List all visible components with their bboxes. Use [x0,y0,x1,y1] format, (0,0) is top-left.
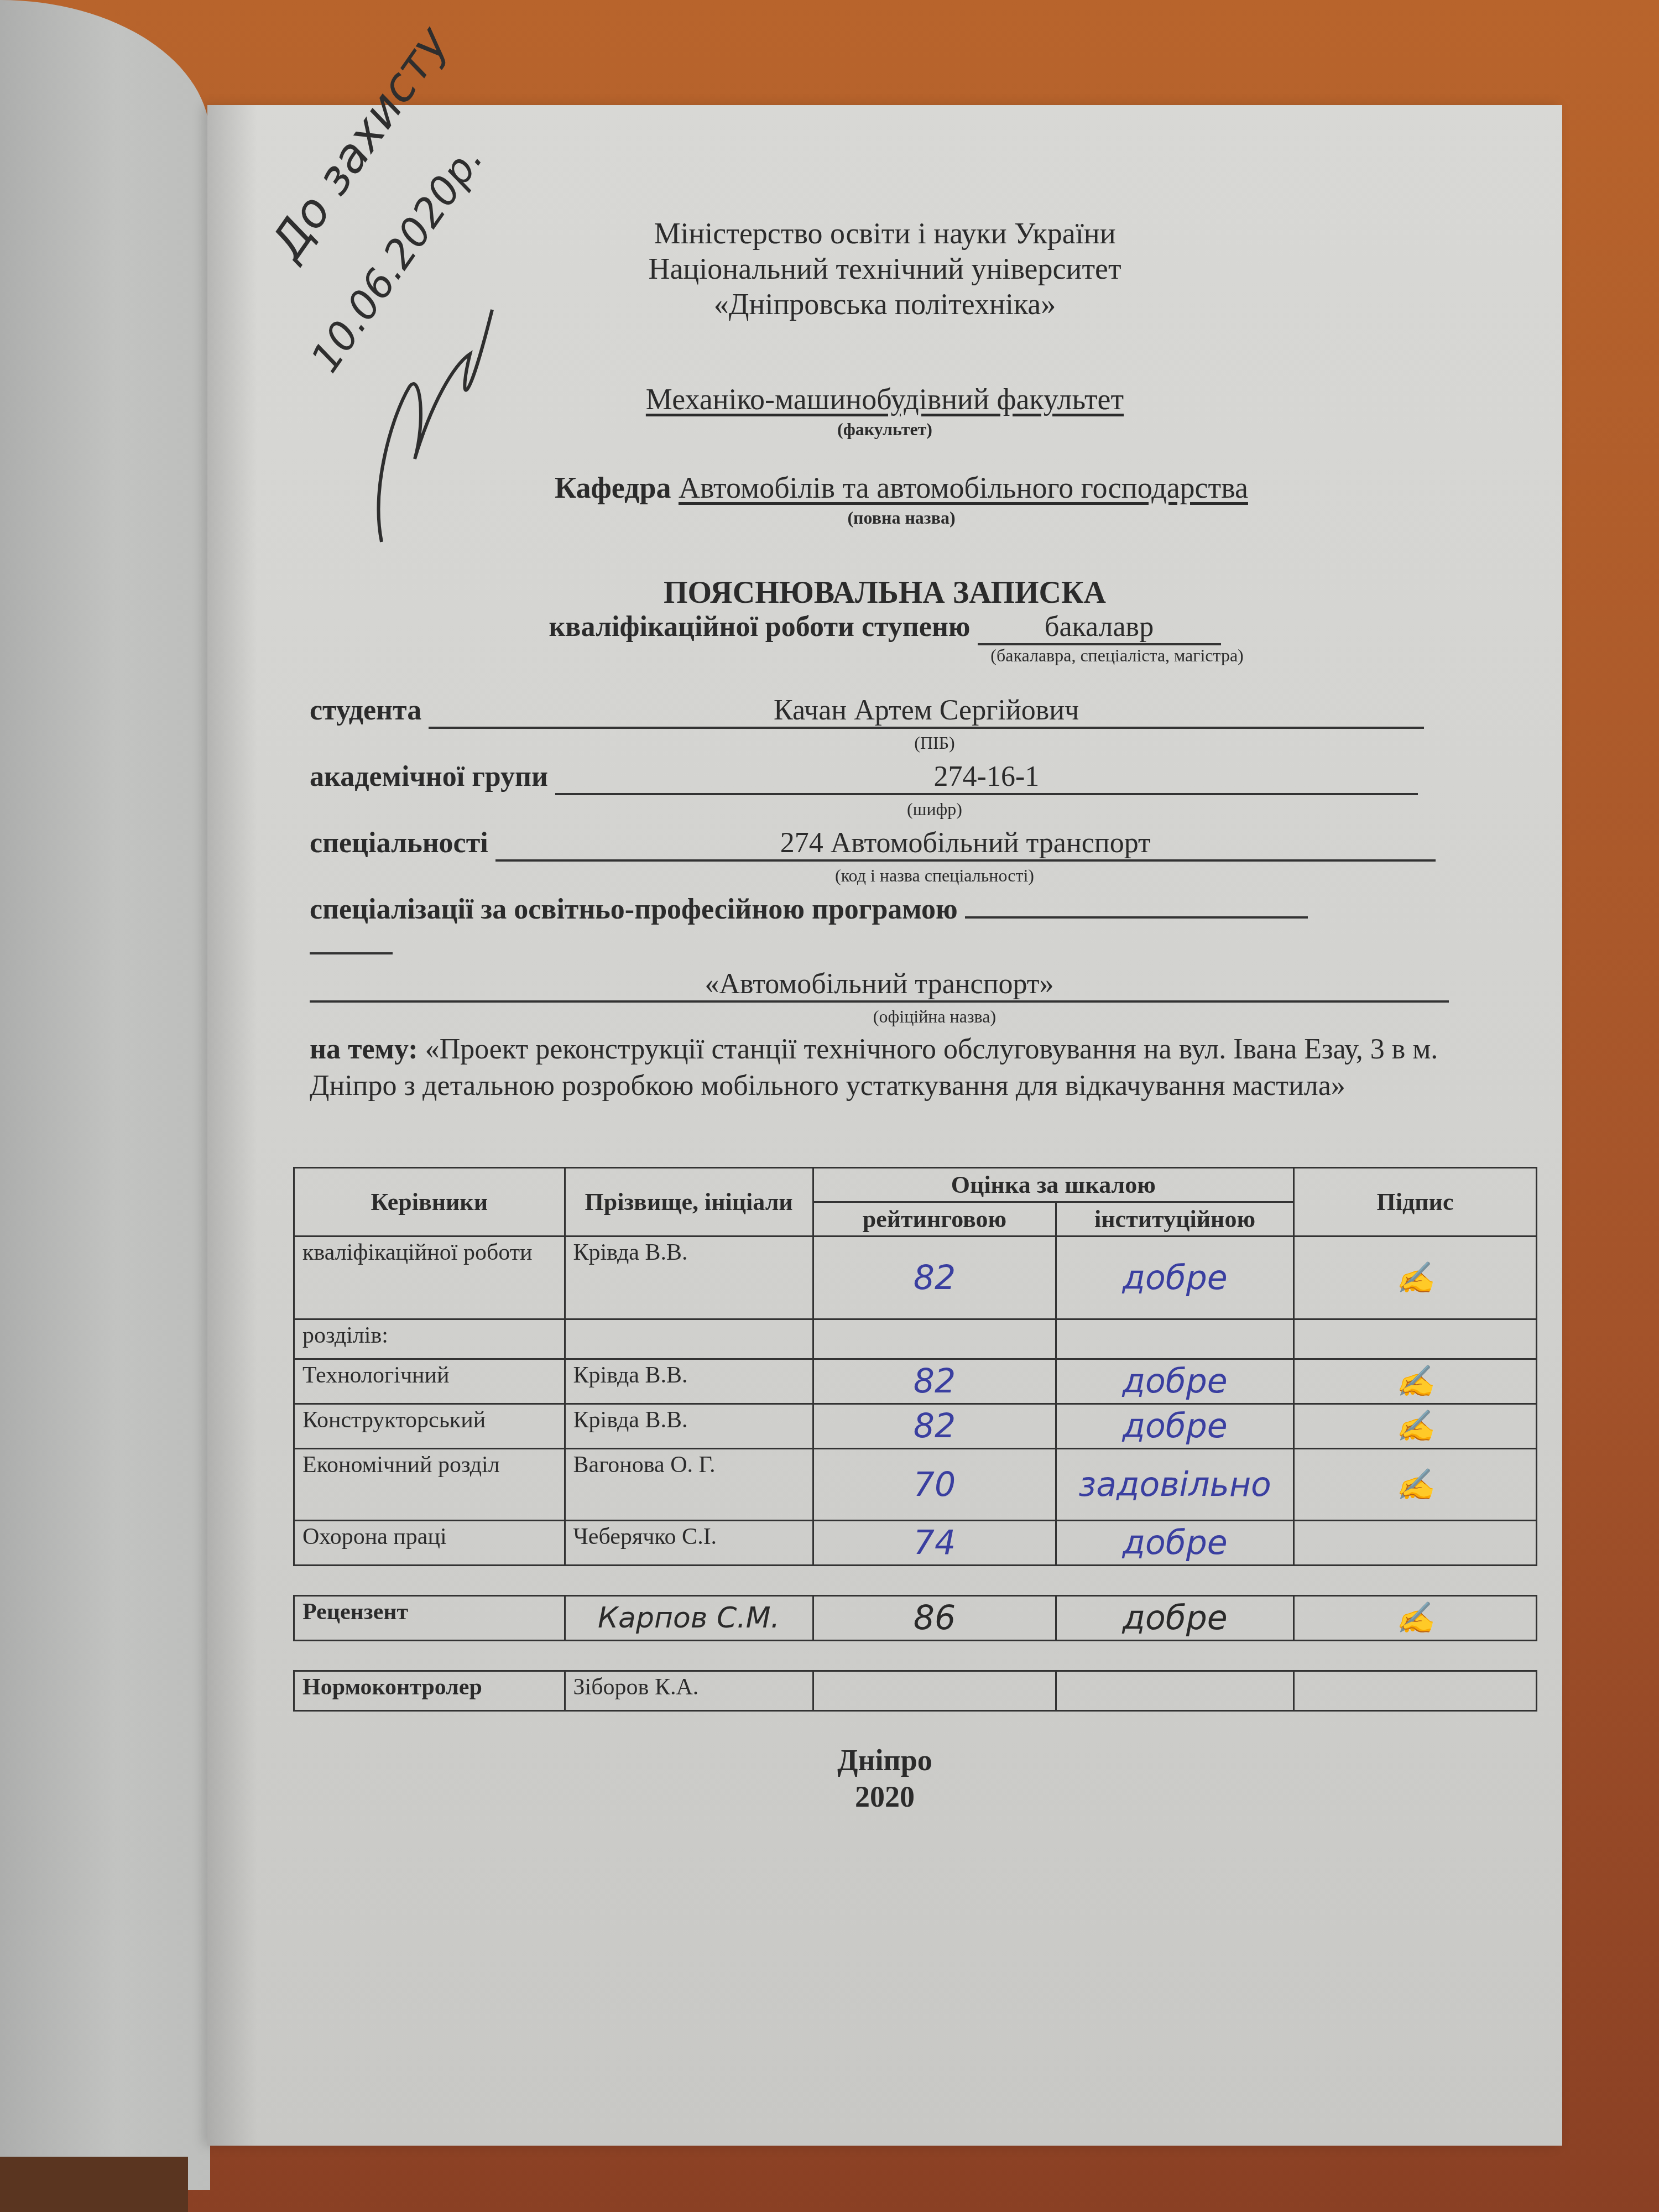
row-institutional: добре [1056,1359,1294,1404]
group-label: академічної групи [310,761,548,792]
specialty-caption: (код і назва спеціальності) [257,865,1612,886]
row-institutional: добре [1056,1521,1294,1566]
row-role: кваліфікаційної роботи [294,1237,565,1319]
row-rating: 82 [813,1359,1056,1404]
department-name: Автомобілів та автомобільного господарст… [679,471,1248,504]
group-field: академічної групи 274-16-1 [310,760,1418,795]
specialization-value-row: «Автомобільний транспорт» [310,968,1449,1003]
row-rating: 82 [813,1237,1056,1319]
reviewer-institutional: добре [1056,1596,1294,1641]
specialization-field: спеціалізації за освітньо-професійною пр… [310,893,1308,926]
reviewer-name: Карпов С.М. [565,1596,813,1641]
header-name: Прізвище, ініціали [565,1168,813,1237]
student-field: студента Качан Артем Сергійович [310,694,1424,729]
row-role: розділів: [294,1319,565,1359]
specialization-value: «Автомобільний транспорт» [310,968,1449,1003]
topic-label: на тему: [310,1034,418,1065]
table-row: Конструкторський Крівда В.В. 82 добре ✍ [294,1404,1537,1449]
table-row: розділів: [294,1319,1537,1359]
norm-controller-name: Зіборов К.А. [565,1671,813,1711]
document-title-block: ПОЯСНЮВАЛЬНА ЗАПИСКА кваліфікаційної роб… [207,575,1562,666]
specialty-value: 274 Автомобільний транспорт [495,827,1436,862]
signature-mark: ✍ [1293,1596,1536,1641]
row-role: Технологічний [294,1359,565,1404]
specialty-label: спеціальності [310,827,488,859]
previous-page-curl [0,0,210,2190]
row-role: Охорона праці [294,1521,565,1566]
row-role: Конструкторський [294,1404,565,1449]
topic-field: на тему: «Проект реконструкції станції т… [310,1031,1526,1104]
department-label: Кафедра [555,471,671,504]
norm-controller-row: Нормоконтролер Зіборов К.А. [294,1671,1537,1711]
degree-caption: (бакалавра, спеціаліста, магістра) [440,645,1659,666]
topic-value: «Проект реконструкції станції технічного… [310,1034,1438,1102]
specialization-caption: (офіційна назва) [257,1006,1612,1027]
row-institutional: добре [1056,1237,1294,1319]
row-institutional [1056,1319,1294,1359]
row-name: Крівда В.В. [565,1359,813,1404]
header-signature: Підпис [1293,1168,1536,1237]
header-grade: Оцінка за шкалою [813,1168,1293,1202]
specialization-blank [965,916,1308,919]
norm-controller-institutional [1056,1671,1294,1711]
specialty-field: спеціальності 274 Автомобільний транспор… [310,827,1436,862]
table-row: кваліфікаційної роботи Крівда В.В. 82 до… [294,1237,1537,1319]
student-caption: (ПІБ) [257,733,1612,753]
student-name: Качан Артем Сергійович [429,694,1424,729]
table-row: Технологічний Крівда В.В. 82 добре ✍ [294,1359,1537,1404]
row-rating: 74 [813,1521,1056,1566]
signature-mark: ✍ [1293,1237,1536,1319]
row-institutional: добре [1056,1404,1294,1449]
header-supervisors: Керівники [294,1168,565,1237]
row-name: Чеберячко С.І. [565,1521,813,1566]
row-rating [813,1319,1056,1359]
table-row: Економічний розділ Вагонова О. Г. 70 зад… [294,1449,1537,1521]
signature-mark: ✍ [1293,1359,1536,1404]
row-signature [1293,1319,1536,1359]
grades-table: Керівники Прізвище, ініціали Оцінка за ш… [293,1167,1537,1712]
document-title: ПОЯСНЮВАЛЬНА ЗАПИСКА [207,575,1562,611]
header-rating: рейтинговою [813,1202,1056,1237]
reviewer-rating: 86 [813,1596,1056,1641]
footer: Дніпро 2020 [207,1742,1562,1815]
handwritten-signature-icon [359,276,503,564]
group-code: 274-16-1 [555,760,1418,795]
norm-controller-role: Нормоконтролер [294,1671,565,1711]
row-rating: 82 [813,1404,1056,1449]
reviewer-role: Рецензент [294,1596,565,1641]
row-name [565,1319,813,1359]
row-name: Крівда В.В. [565,1404,813,1449]
book-spine [0,2157,188,2212]
page-gutter-shadow [207,105,257,2146]
row-rating: 70 [813,1449,1056,1521]
signature-mark: ✍ [1293,1404,1536,1449]
specialization-label: спеціалізації за освітньо-професійною пр… [310,894,958,925]
degree-value: бакалавр [978,611,1221,645]
degree-label: кваліфікаційної роботи ступеню [549,611,970,643]
group-caption: (шифр) [257,799,1612,820]
row-name: Вагонова О. Г. [565,1449,813,1521]
table-row: Охорона праці Чеберячко С.І. 74 добре [294,1521,1537,1566]
row-institutional: задовільно [1056,1449,1294,1521]
reviewer-row: Рецензент Карпов С.М. 86 добре ✍ [294,1596,1537,1641]
table-header-row: Керівники Прізвище, ініціали Оцінка за ш… [294,1168,1537,1202]
city: Дніпро [207,1742,1562,1778]
student-label: студента [310,695,421,726]
row-role: Економічний розділ [294,1449,565,1521]
header-institutional: інституційною [1056,1202,1294,1237]
norm-controller-rating [813,1671,1056,1711]
norm-controller-signature [1293,1671,1536,1711]
row-signature [1293,1521,1536,1566]
signature-mark: ✍ [1293,1449,1536,1521]
specialization-blank-short [310,929,393,962]
row-name: Крівда В.В. [565,1237,813,1319]
year: 2020 [207,1778,1562,1815]
